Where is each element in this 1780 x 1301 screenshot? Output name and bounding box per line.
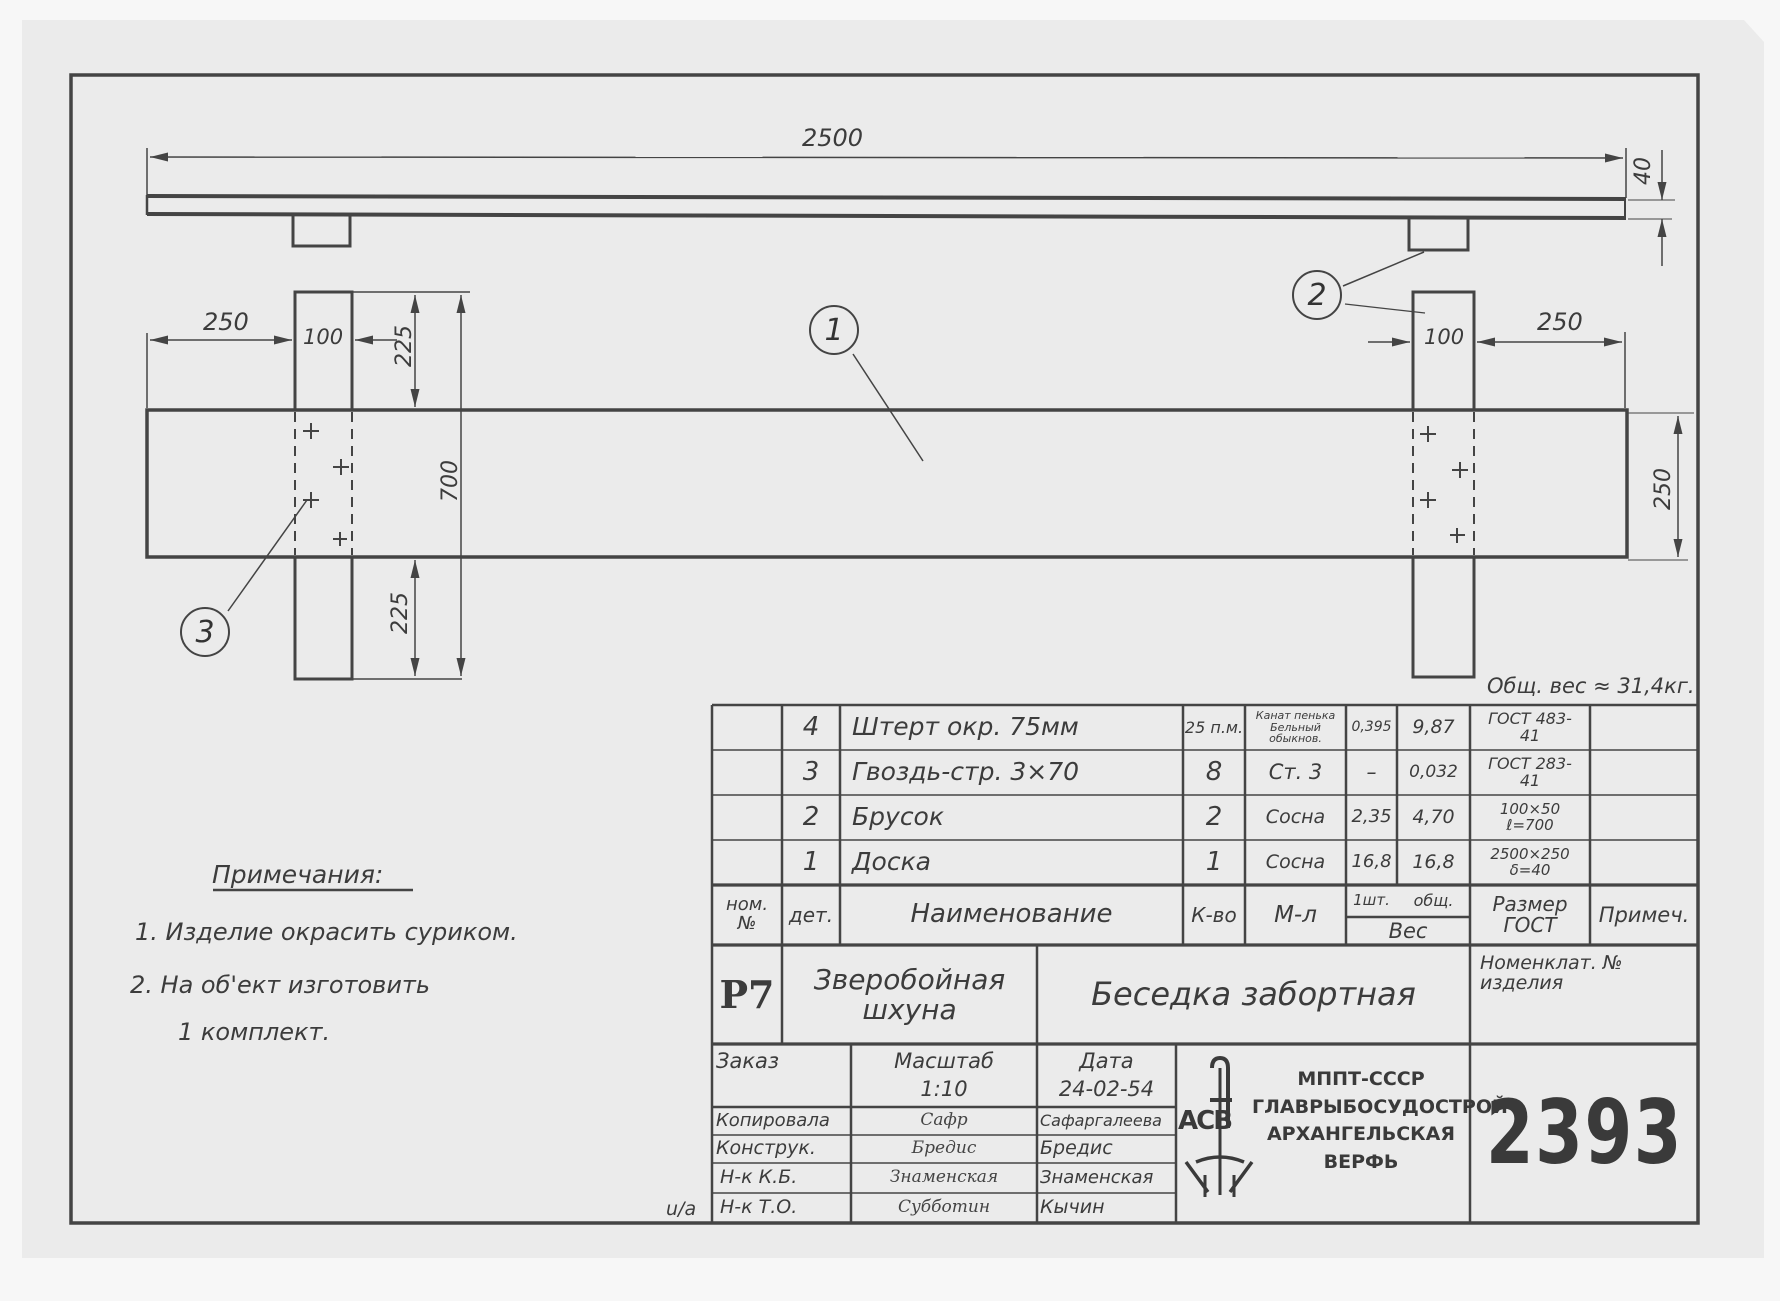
bom-size: ГОСТ 283-41	[1470, 750, 1590, 795]
role-label: Конструк.	[712, 1135, 851, 1163]
header-size: Размер ГОСТ	[1470, 885, 1590, 945]
dim-right-offset: 250	[1537, 310, 1583, 334]
dim-board-width: 250	[1653, 468, 1675, 510]
dim-board-thickness: 40	[1633, 157, 1655, 185]
bom-weight-unit: 2,35	[1346, 795, 1397, 840]
org-department: ГЛАВРЫБОСУДОСТРОЙ	[1252, 1094, 1470, 1122]
header-nom: ном. №	[712, 885, 782, 945]
header-weight-unit: 1шт.	[1346, 885, 1397, 917]
note-item-1: 1. Изделие окрасить суриком.	[135, 920, 518, 944]
role-signature: Сафр	[851, 1107, 1037, 1135]
org-ministry: МППТ-СССР	[1252, 1066, 1470, 1094]
bom-weight-unit: 0,395	[1346, 705, 1397, 750]
nomenclature-label: Номенклат. № изделия	[1470, 948, 1698, 998]
bom-material: Сосна	[1245, 795, 1346, 840]
bom-det: 2	[782, 795, 840, 840]
bom-weight-total: 0,032	[1397, 750, 1470, 795]
bom-weight-total: 4,70	[1397, 795, 1470, 840]
project-code: Р7	[712, 945, 782, 1044]
org-shipyard-word: ВЕРФЬ	[1252, 1149, 1470, 1177]
bom-qty: 25 п.м.	[1183, 705, 1245, 750]
scale-label: Масштаб	[851, 1046, 1037, 1076]
role-signature: Бредис	[851, 1135, 1037, 1163]
bom-qty: 2	[1183, 795, 1245, 840]
role-name: Знаменская	[1037, 1163, 1176, 1193]
bom-note	[1590, 750, 1698, 795]
dim-left-batten-width: 100	[303, 327, 343, 348]
bom-weight-total: 16,8	[1397, 840, 1470, 885]
header-material: М-л	[1245, 885, 1346, 945]
role-label: Н-к Т.О.	[712, 1193, 851, 1222]
role-name: Сафаргалеева	[1037, 1107, 1176, 1135]
role-signature: Знаменская	[851, 1163, 1037, 1193]
bom-size: 2500×250 δ=40	[1470, 840, 1590, 885]
header-qty: К-во	[1183, 885, 1245, 945]
scale-value: 1:10	[851, 1074, 1037, 1104]
bom-note	[1590, 795, 1698, 840]
bom-det: 4	[782, 705, 840, 750]
role-signature: Субботин	[851, 1193, 1037, 1222]
dim-upper-overhang: 225	[394, 325, 416, 367]
header-weight-total: общ.	[1397, 885, 1470, 917]
bom-name: Гвоздь-стр. 3×70	[840, 750, 1183, 795]
callout-part-3: 3	[180, 607, 230, 657]
bom-name: Штерт окр. 75мм	[840, 705, 1183, 750]
bom-size: ГОСТ 483-41	[1470, 705, 1590, 750]
stamp-mark: u/a	[666, 1200, 696, 1219]
dim-lower-overhang: 225	[390, 592, 412, 634]
role-name: Бредис	[1037, 1135, 1176, 1163]
organization-block: МППТ-СССР ГЛАВРЫБОСУДОСТРОЙ АРХАНГЕЛЬСКА…	[1252, 1066, 1470, 1176]
dim-overall-length: 2500	[802, 126, 863, 150]
bom-qty: 1	[1183, 840, 1245, 885]
header-det: дет.	[782, 885, 840, 945]
org-shipyard: АРХАНГЕЛЬСКАЯ	[1252, 1121, 1470, 1149]
callout-part-1: 1	[809, 305, 859, 355]
role-label: Копировала	[712, 1107, 851, 1135]
date-label: Дата	[1037, 1046, 1176, 1076]
bom-det: 3	[782, 750, 840, 795]
bom-weight-unit: –	[1346, 750, 1397, 795]
total-weight: Общ. вес ≈ 31,4кг.	[1487, 676, 1695, 697]
drawing-number: 2393	[1485, 1087, 1682, 1179]
header-note: Примеч.	[1590, 885, 1698, 945]
note-item-3: 1 комплект.	[178, 1020, 330, 1044]
dim-right-batten-width: 100	[1424, 327, 1464, 348]
dim-batten-length: 700	[440, 460, 462, 502]
date-value: 24-02-54	[1037, 1074, 1176, 1104]
bom-qty: 8	[1183, 750, 1245, 795]
logo-letters: АСВ	[1178, 1108, 1231, 1134]
notes-title: Примечания:	[212, 862, 383, 887]
role-label: Н-к К.Б.	[712, 1163, 851, 1193]
bom-material: Сосна	[1245, 840, 1346, 885]
bom-det: 1	[782, 840, 840, 885]
role-name: Кычин	[1037, 1193, 1176, 1222]
bom-material: Канат пенька Бельный обыкнов.	[1245, 705, 1346, 750]
order-label: Заказ	[716, 1046, 851, 1076]
note-item-2: 2. На об'ект изготовить	[130, 973, 430, 997]
header-weight: Вес	[1346, 917, 1470, 945]
bom-name: Брусок	[840, 795, 1183, 840]
dim-left-offset: 250	[203, 310, 249, 334]
header-name: Наименование	[840, 885, 1183, 945]
bom-name: Доска	[840, 840, 1183, 885]
bom-weight-total: 9,87	[1397, 705, 1470, 750]
drawing-number-cell: 2393	[1470, 1044, 1698, 1222]
bom-size: 100×50 ℓ=700	[1470, 795, 1590, 840]
bom-material: Ст. 3	[1245, 750, 1346, 795]
bom-note	[1590, 705, 1698, 750]
item-title: Беседка забортная	[1037, 945, 1470, 1044]
bom-weight-unit: 16,8	[1346, 840, 1397, 885]
bom-note	[1590, 840, 1698, 885]
callout-part-2: 2	[1292, 270, 1342, 320]
vessel-name: Зверобойная шхуна	[782, 945, 1037, 1044]
